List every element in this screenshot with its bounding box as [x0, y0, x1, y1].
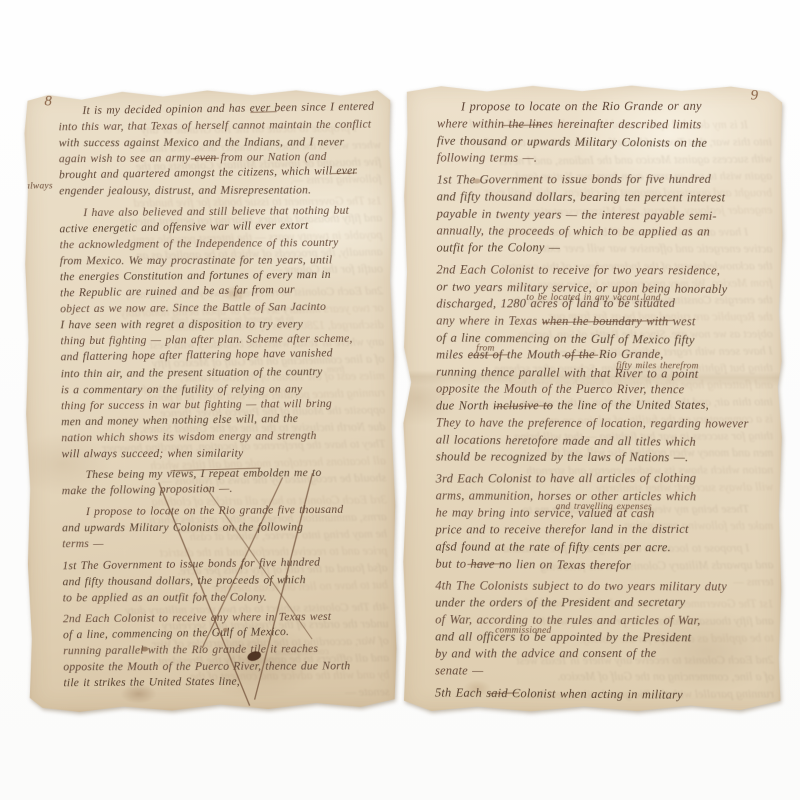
manuscript-line: outfit for the Colony —	[437, 239, 774, 257]
manuscript-line: the acknowledgment of the Independence o…	[60, 234, 384, 253]
manuscript-line: I propose to locate on the Rio grande fi…	[62, 502, 386, 521]
manuscript-line: afsd found at the rate of fifty cents pe…	[435, 538, 772, 556]
manuscript-line: and fifty thousand dollars, the proceeds…	[63, 571, 387, 590]
manuscript-line: 3rd Each Colonist to have all articles o…	[436, 470, 773, 488]
manuscript-line: discharged, 1280 acres of land to be sit…	[436, 295, 773, 313]
manuscript-line: senate —	[435, 662, 772, 680]
paper-sheet: It is my decided opinion and has ever be…	[401, 82, 784, 714]
paper-sheet: I propose to locate on the Rio Grande or…	[22, 86, 397, 713]
manuscript-line: make the following proposition —.	[62, 479, 386, 500]
manuscript-line: due North inclusive to the line of the U…	[436, 397, 773, 415]
manuscript-line: 5th Each said Colonist when acting in mi…	[435, 684, 772, 704]
manuscript-line: to be applied as an outfit for the Colon…	[63, 589, 387, 606]
manuscript-line: all locations heretofore made and all ti…	[436, 431, 773, 451]
ink-blot	[473, 179, 481, 184]
manuscript-line: from Mexico. We may procrastinate for te…	[60, 252, 384, 269]
manuscript-line: into this war, that Texas of herself can…	[59, 117, 383, 136]
manuscript-line: will always succeed; when similarity	[61, 445, 385, 462]
manuscript-text: It is my decided opinion and has ever be…	[22, 86, 397, 713]
ink-blot	[223, 628, 228, 632]
manuscript-line: where within the lines hereinafter descr…	[437, 115, 774, 133]
manuscript-line: I propose to locate on the Rio Grande or…	[437, 98, 774, 116]
manuscript-line: terms —	[62, 534, 386, 553]
manuscript-line: tile it strikes the United States line,	[63, 673, 387, 692]
manuscript-line: under the orders of the President and se…	[435, 594, 772, 612]
manuscript-line: price and to receive therefor land in th…	[436, 521, 773, 539]
manuscript-line: 1st The Government to issue bonds for fi…	[437, 171, 774, 189]
manuscript-line: and upwards Military Colonists on the fo…	[62, 520, 386, 537]
photo-background: I propose to locate on the Rio Grande or…	[0, 0, 800, 800]
manuscript-line: should be recognized by the laws of Nati…	[436, 448, 773, 466]
manuscript-line: following terms —.	[437, 149, 774, 167]
manuscript-line: engender jealousy, distrust, and Misrepr…	[59, 183, 383, 200]
manuscript-line: object as we now are. Since the Battle o…	[60, 299, 384, 318]
manuscript-line: I have seen with regret a disposition to…	[60, 316, 384, 333]
manuscript-line: nation which shows its wisdom energy and…	[61, 427, 385, 446]
manuscript-line: running thence parallel with that River …	[436, 363, 773, 383]
manuscript-line: with success against Mexico and the Indi…	[59, 134, 383, 151]
manuscript-line: They to have the preference of location,…	[436, 414, 773, 432]
manuscript-line: into thin air, and the present situation…	[61, 363, 385, 382]
manuscript-text: I propose to locate on the Rio Grande or…	[401, 82, 784, 714]
manuscript-line: payable in twenty years — the interest p…	[437, 205, 774, 225]
manuscript-line: 2nd Each Colonist to receive for two yea…	[436, 261, 773, 279]
manuscript-line: by and with the advice and consent of th…	[435, 645, 772, 663]
manuscript-line: running parallel with the Rio grande til…	[63, 640, 387, 659]
manuscript-line: and fifty thousand dollars, bearing ten …	[437, 188, 774, 206]
manuscript-page-left: I propose to locate on the Rio Grande or…	[22, 86, 397, 713]
manuscript-page-right: It is my decided opinion and has ever be…	[401, 82, 784, 714]
manuscript-line: of War, according to the rules and artic…	[435, 611, 772, 629]
manuscript-line: is a commentary on the futility of relyi…	[61, 381, 385, 398]
manuscript-line: opposite the Mouth of the Puerco River, …	[63, 658, 387, 675]
manuscript-line: five thousand or upwards Military Coloni…	[437, 132, 774, 152]
ink-blot	[141, 647, 148, 652]
manuscript-line: but to have no lien on Texas therefor	[435, 555, 772, 575]
